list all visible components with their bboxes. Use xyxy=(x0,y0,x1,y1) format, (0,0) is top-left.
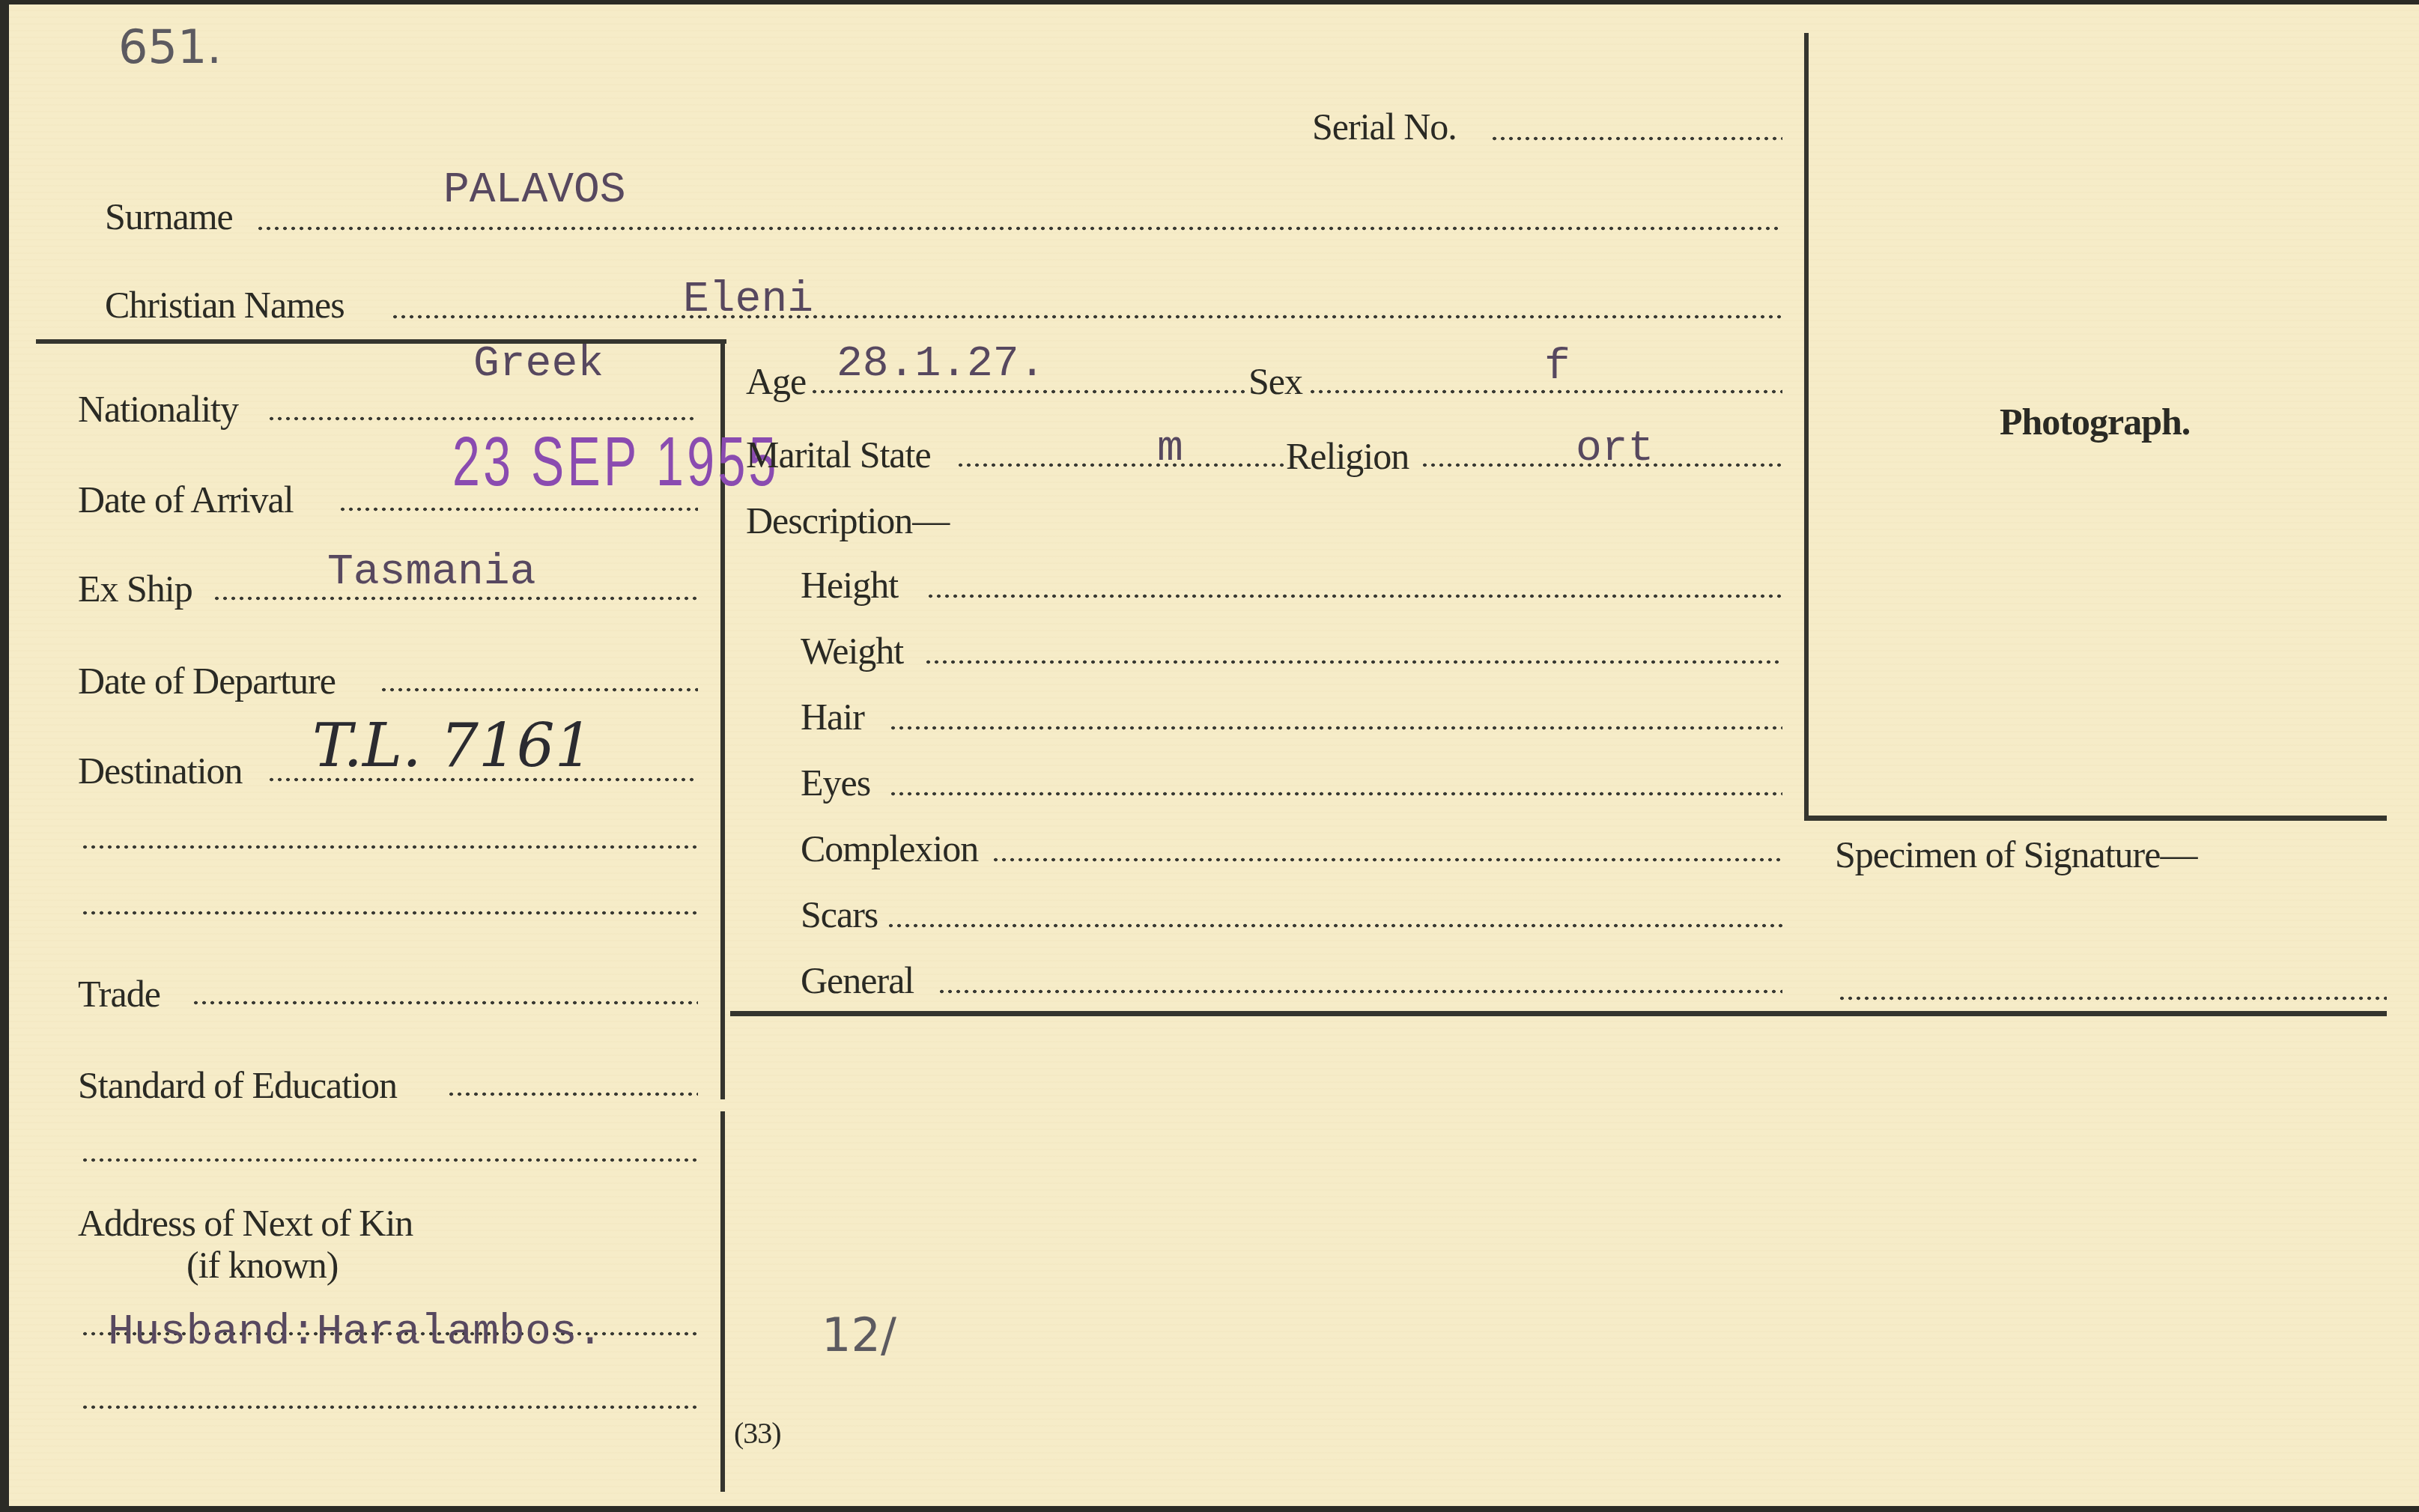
marital-state-value: m xyxy=(1157,428,1183,471)
nationality-value: Greek xyxy=(473,343,604,386)
education-field[interactable] xyxy=(447,1092,698,1096)
nationality-field[interactable] xyxy=(267,416,698,421)
left-column-divider-bottom xyxy=(720,1111,725,1492)
height-label: Height xyxy=(801,566,898,604)
next-of-kin-sublabel: (if known) xyxy=(186,1246,338,1284)
serial-label: Serial No. xyxy=(1312,108,1457,145)
destination-label: Destination xyxy=(78,752,243,789)
christian-names-field[interactable] xyxy=(391,315,1782,319)
hair-field[interactable] xyxy=(889,726,1782,730)
date-of-departure-label: Date of Departure xyxy=(78,662,336,699)
ex-ship-value: Tasmania xyxy=(327,551,535,595)
complexion-field[interactable] xyxy=(992,857,1782,862)
surname-value: PALAVOS xyxy=(443,169,626,213)
scars-label: Scars xyxy=(801,896,878,933)
serial-field[interactable] xyxy=(1490,136,1782,141)
alien-registration-card: 651. Serial No. Surname PALAVOS Christia… xyxy=(0,0,2419,1512)
eyes-field[interactable] xyxy=(889,792,1782,796)
general-field[interactable] xyxy=(938,989,1782,994)
general-label: General xyxy=(801,962,914,999)
next-of-kin-label: Address of Next of Kin xyxy=(78,1204,413,1242)
photograph-area xyxy=(1810,34,2387,816)
next-of-kin-line-2[interactable] xyxy=(81,1405,698,1409)
card-number: 651. xyxy=(118,24,222,70)
weight-field[interactable] xyxy=(924,660,1782,664)
destination-value: T.L. 7161 xyxy=(312,716,593,776)
description-bottom-rule xyxy=(730,1011,2387,1016)
education-line-2[interactable] xyxy=(81,1158,698,1162)
age-field[interactable] xyxy=(810,389,1245,394)
weight-label: Weight xyxy=(801,632,903,670)
sex-label: Sex xyxy=(1248,362,1302,400)
nationality-label: Nationality xyxy=(78,390,238,428)
marital-state-label: Marital State xyxy=(746,436,931,473)
surname-field[interactable] xyxy=(256,226,1782,231)
eyes-label: Eyes xyxy=(801,764,870,801)
next-of-kin-value: Husband:Haralambos. xyxy=(108,1311,603,1355)
complexion-label: Complexion xyxy=(801,830,978,867)
trade-field[interactable] xyxy=(192,1001,698,1005)
age-value: 28.1.27. xyxy=(837,343,1045,386)
date-of-arrival-label: Date of Arrival xyxy=(78,481,294,518)
bottom-note: 12/ xyxy=(822,1312,896,1358)
education-label: Standard of Education xyxy=(78,1066,397,1104)
hair-label: Hair xyxy=(801,698,864,735)
surname-label: Surname xyxy=(105,198,233,235)
sex-value: f xyxy=(1544,346,1570,389)
date-of-departure-field[interactable] xyxy=(380,687,698,692)
scars-field[interactable] xyxy=(887,923,1782,928)
religion-value: ort xyxy=(1576,428,1654,471)
marital-state-field[interactable] xyxy=(956,463,1284,467)
extra-line-1[interactable] xyxy=(81,845,698,849)
height-field[interactable] xyxy=(926,594,1782,598)
christian-names-value: Eleni xyxy=(683,279,813,322)
photo-box-bottom xyxy=(1804,816,2387,821)
arrival-date-stamp: 23 SEP 1955 xyxy=(452,428,780,497)
form-number: (33) xyxy=(734,1418,781,1448)
header-divider xyxy=(36,339,726,344)
signature-field[interactable] xyxy=(1838,996,2387,1001)
photo-box-left xyxy=(1804,33,1809,819)
trade-label: Trade xyxy=(78,975,160,1012)
religion-label: Religion xyxy=(1286,437,1409,475)
extra-line-2[interactable] xyxy=(81,911,698,915)
description-label: Description— xyxy=(746,502,949,539)
ex-ship-label: Ex Ship xyxy=(78,570,192,607)
signature-label: Specimen of Signature— xyxy=(1835,836,2197,873)
date-of-arrival-field[interactable] xyxy=(339,507,698,511)
christian-names-label: Christian Names xyxy=(105,286,345,324)
age-label: Age xyxy=(746,362,806,400)
